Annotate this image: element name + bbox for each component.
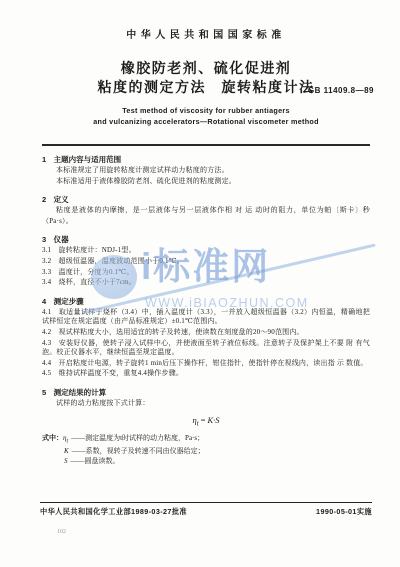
instrument-item-1: 3.1 旋转粘度计：NDJ-1型。 [42, 246, 370, 256]
viscosity-formula: ηt=K·S [42, 415, 370, 430]
document-content: 中华人民共和国国家标准 橡胶防老剂、硫化促进剂 粘度的测定方法 旋转粘度计法 G… [0, 0, 400, 467]
calculation-intro: 试样的动力粘度按下式计算： [42, 399, 370, 409]
section-heading-scope: 1 主题内容与适用范围 [42, 155, 370, 165]
instrument-item-2: 3.2 超级恒温器，温度波动范围小于0.1℃。 [42, 257, 370, 267]
procedure-step-5: 4.5 维持试样温度不变，重复4.4操作步骤。 [42, 369, 370, 379]
standard-code: GB 11409.8—89 [308, 86, 374, 95]
definition-paragraph-line1: 粘度是液体的内摩擦，是一层液体与另一层液体作相 对 运 动时的阻力，单位为帕〔斯… [42, 206, 370, 216]
scope-paragraph-1: 本标准规定了用旋转粘度计测定试样动力粘度的方法。 [42, 166, 370, 176]
national-standard-label: 中华人民共和国国家标准 [42, 30, 370, 42]
formula-rhs: K·S [207, 415, 219, 425]
approval-text: 中华人民共和国化学工业部1989-03-27批准 [40, 507, 187, 517]
standard-document-page: 中华人民共和国国家标准 橡胶防老剂、硫化促进剂 粘度的测定方法 旋转粘度计法 G… [0, 0, 400, 567]
where-desc-eta: ——测定温度为t时试样的动力粘度，Pa·s； [71, 434, 204, 442]
english-title-line1: Test method of viscosity for rubber anti… [42, 106, 370, 117]
procedure-step-3: 4.3 安装好仪器，使转子浸入试样中心，并使液面至转子液位标线。注意转子及保护架… [42, 339, 370, 358]
where-desc-k: ——系数，视转子及转速不同由仪器给定； [72, 447, 205, 455]
procedure-step-1: 4.1 取适量试样于烧杯（3.4）中，插入温度计（3.3），一并放入超级恒温器（… [42, 308, 370, 327]
instrument-item-3: 3.3 温度计，分度为0.1℃。 [42, 268, 370, 278]
title-block: 橡胶防老剂、硫化促进剂 粘度的测定方法 旋转粘度计法 GB 11409.8—89 [42, 59, 370, 97]
section-heading-calculation: 5 测定结果的计算 [42, 388, 370, 398]
section-heading-procedure: 4 测定步骤 [42, 297, 370, 307]
scope-paragraph-2: 本标准适用于液体橡胶防老剂、硫化促进剂的粘度测定。 [42, 177, 370, 187]
where-desc-s: ——圆盘读数。 [71, 457, 120, 465]
document-title-line1: 橡胶防老剂、硫化促进剂 [42, 59, 370, 78]
where-symbol-s: S [64, 457, 68, 465]
formula-where-line-k: K——系数，视转子及转速不同由仪器给定； [42, 447, 370, 457]
definition-paragraph-line2: （Pa·s）。 [42, 217, 370, 227]
where-symbol-eta-sub: t [66, 439, 68, 445]
where-symbol-k: K [64, 447, 69, 455]
english-title-line2: and vulcanizing accelerators—Rotational … [42, 117, 370, 128]
procedure-step-2: 4.2 视试样粘度大小，选用适宜的转子及转速，使读数在刻度盘的20～90范围内。 [42, 328, 370, 338]
where-label: 式中： [42, 435, 63, 442]
implementation-text: 1990-05-01实施 [316, 507, 372, 517]
procedure-step-4: 4.4 开启粘度计电源，转子旋转1 min后压下操作杆，钳住指针，使指针停在视线… [42, 359, 370, 369]
section-heading-definition: 2 定义 [42, 195, 370, 205]
formula-where-line-s: S——圆盘读数。 [42, 457, 370, 467]
header-divider [42, 144, 370, 146]
instrument-item-4: 3.4 烧杯，直径不小于7cm。 [42, 278, 370, 288]
document-footer: 中华人民共和国化学工业部1989-03-27批准 1990-05-01实施 [40, 502, 372, 517]
section-heading-instruments: 3 仪器 [42, 235, 370, 245]
page-number: 102 [57, 529, 66, 535]
formula-where-line-eta: 式中：ηt——测定温度为t时试样的动力粘度，Pa·s； [42, 434, 370, 447]
